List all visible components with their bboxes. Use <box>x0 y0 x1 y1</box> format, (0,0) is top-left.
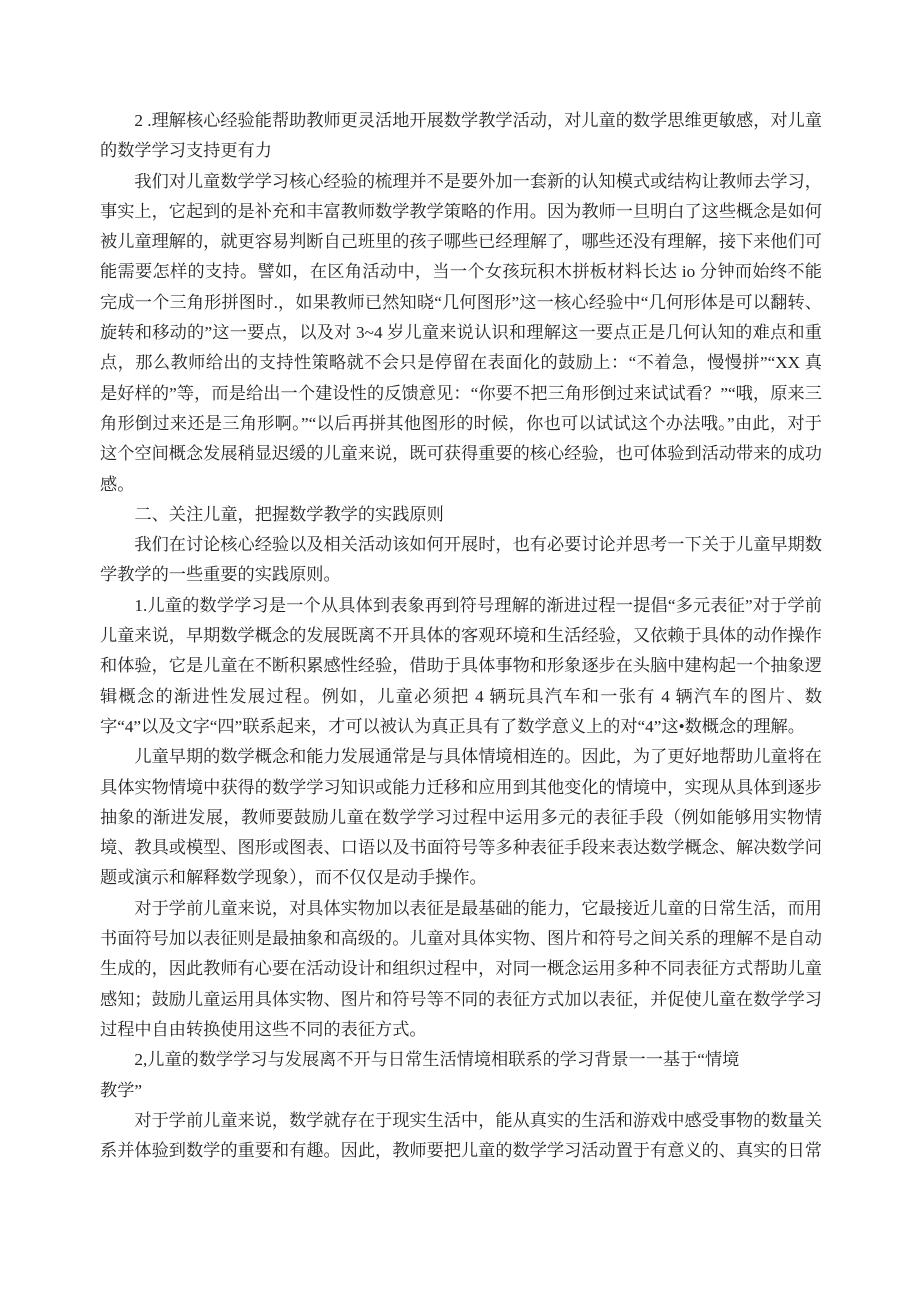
paragraph-continuation: 教学” <box>100 1076 822 1106</box>
paragraph: 对于学前儿童来说，数学就存在于现实生活中，能从真实的生活和游戏中感受事物的数量关… <box>100 1106 822 1167</box>
document-text-block: 2 .理解核心经验能帮助教师更灵活地开展数学教学活动，对儿童的数学思维更敏感，对… <box>100 106 822 1166</box>
paragraph: 我们对儿童数学学习核心经验的梳理并不是要外加一套新的认知模式或结构让教师去学习，… <box>100 167 822 500</box>
paragraph: 1.儿童的数学学习是一个从具体到表象再到符号理解的渐进过程一提倡“多元表征”对于… <box>100 591 822 742</box>
paragraph: 2 .理解核心经验能帮助教师更灵活地开展数学教学活动，对儿童的数学思维更敏感，对… <box>100 106 822 167</box>
paragraph: 2,儿童的数学学习与发展离不开与日常生活情境相联系的学习背景一一基于“情境 <box>100 1045 822 1075</box>
paragraph: 我们在讨论核心经验以及相关活动该如何开展时，也有必要讨论并思考一下关于儿童早期数… <box>100 530 822 591</box>
paragraph: 对于学前儿童来说，对具体实物加以表征是最基础的能力，它最接近儿童的日常生活，而用… <box>100 894 822 1045</box>
paragraph: 儿童早期的数学概念和能力发展通常是与具体情境相连的。因此，为了更好地帮助儿童将在… <box>100 742 822 893</box>
document-page: 2 .理解核心经验能帮助教师更灵活地开展数学教学活动，对儿童的数学思维更敏感，对… <box>0 0 920 1301</box>
section-heading: 二、关注儿童，把握数学教学的实践原则 <box>100 500 822 530</box>
